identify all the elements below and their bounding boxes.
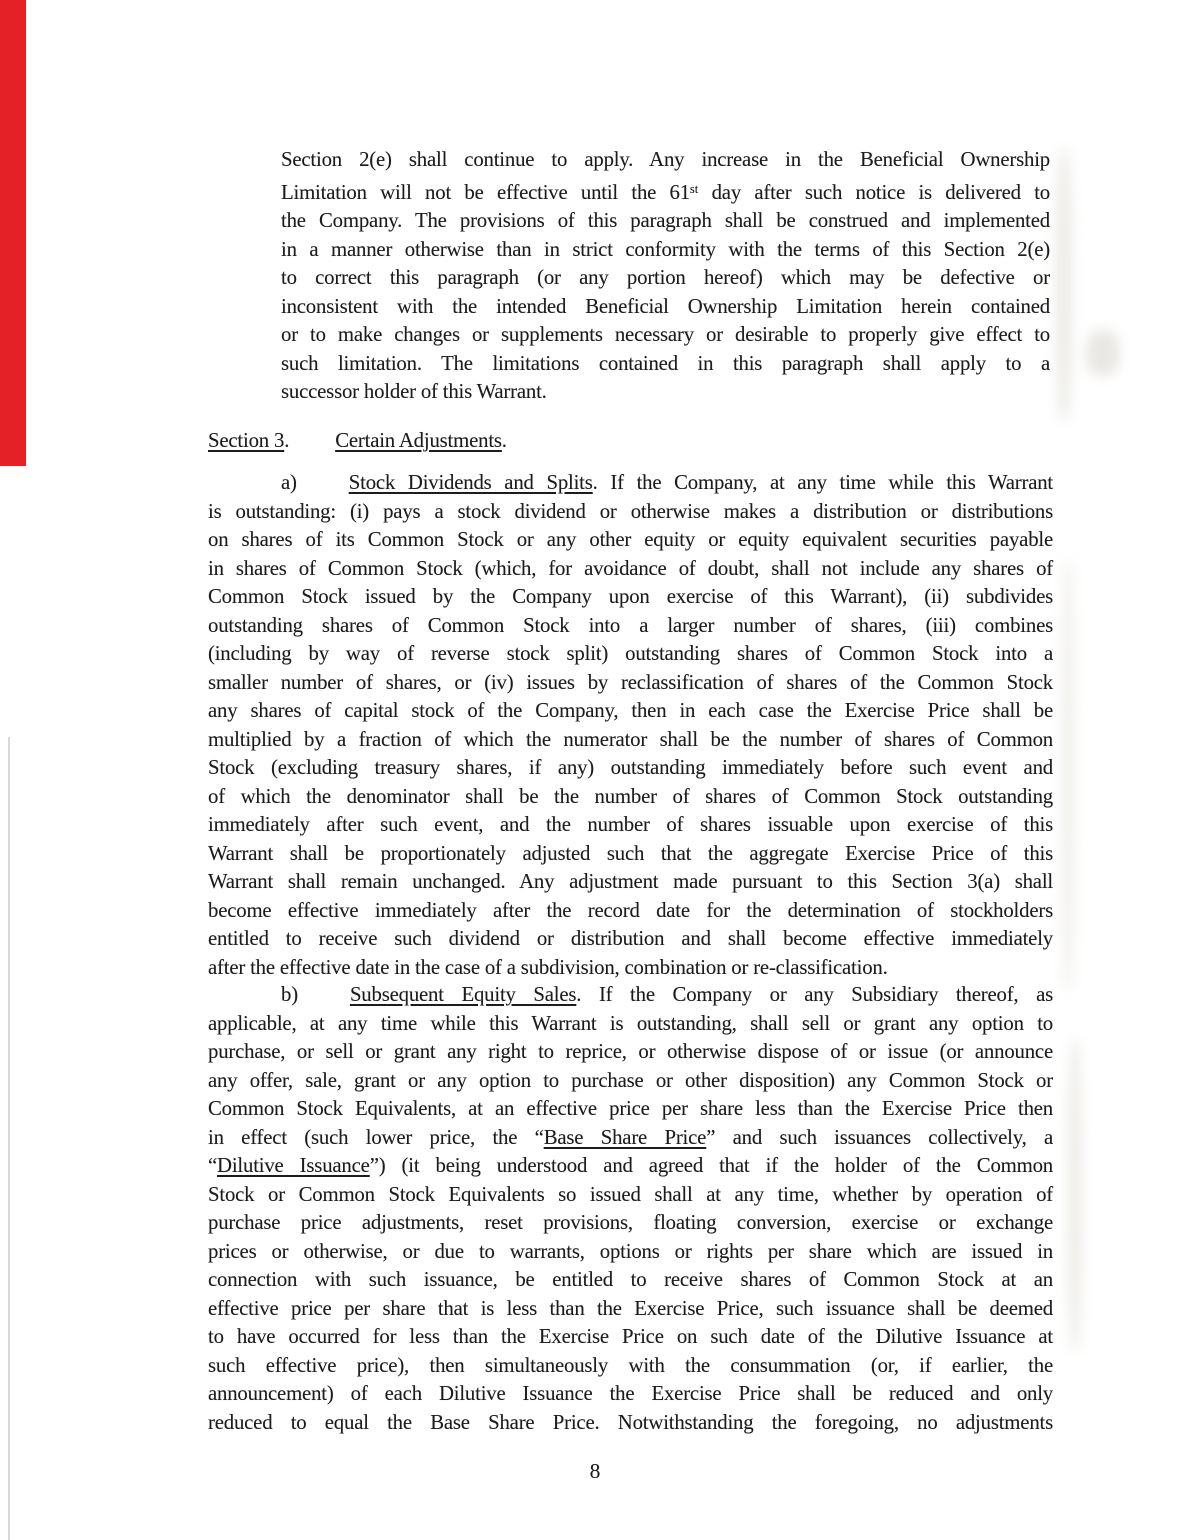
text-run: inconsistent with the intended Beneficia… xyxy=(281,295,1050,318)
document-page: Section 2(e) shall continue to apply. An… xyxy=(0,0,1190,1540)
text-line: entitled to receive such dividend or dis… xyxy=(208,925,1053,954)
text-line: connection with such issuance, be entitl… xyxy=(208,1266,1053,1295)
text-line: Stock (excluding treasury shares, if any… xyxy=(208,754,1053,783)
text-run: day after such notice is delivered to xyxy=(698,181,1050,204)
text-run: Warrant shall remain unchanged. Any adju… xyxy=(208,870,1053,893)
text-line: Warrant shall be proportionately adjuste… xyxy=(208,840,1053,869)
text-run: Limitation will not be effective until t… xyxy=(281,181,690,204)
text-line: outstanding shares of Common Stock into … xyxy=(208,612,1053,641)
text-line: in shares of Common Stock (which, for av… xyxy=(208,555,1053,584)
text-line: any offer, sale, grant or any option to … xyxy=(208,1067,1053,1096)
text-line: Common Stock issued by the Company upon … xyxy=(208,583,1053,612)
text-line: to have occurred for less than the Exerc… xyxy=(208,1323,1053,1352)
text-run: purchase price adjustments, reset provis… xyxy=(208,1211,1053,1234)
text-run: any shares of capital stock of the Compa… xyxy=(208,699,1053,722)
intro-paragraph: Section 2(e) shall continue to apply. An… xyxy=(281,146,1050,407)
scan-edge-line-artifact xyxy=(8,737,10,1540)
text-run: . xyxy=(284,429,289,452)
underlined-text: Certain Adjustments xyxy=(335,429,502,452)
text-line: Section 2(e) shall continue to apply. An… xyxy=(281,146,1050,175)
text-run: entitled to receive such dividend or dis… xyxy=(208,927,1053,950)
text-line: such effective price), then simultaneous… xyxy=(208,1352,1053,1381)
superscript-text: st xyxy=(690,182,698,196)
text-run: the Company. The provisions of this para… xyxy=(281,209,1050,232)
text-line: a)Stock Dividends and Splits. If the Com… xyxy=(208,469,1053,498)
text-line: reduced to equal the Base Share Price. N… xyxy=(208,1409,1053,1438)
text-run: outstanding shares of Common Stock into … xyxy=(208,614,1053,637)
text-line: Stock or Common Stock Equivalents so iss… xyxy=(208,1181,1053,1210)
text-run: . xyxy=(502,429,507,452)
text-run: ” and such issuances collectively, a xyxy=(706,1126,1053,1149)
underlined-text: Section 3 xyxy=(208,429,284,452)
text-run: . If the Company, at any time while this… xyxy=(593,471,1053,494)
red-margin-stripe-artifact xyxy=(0,0,26,466)
text-run: Warrant shall be proportionately adjuste… xyxy=(208,842,1053,865)
text-run: become effective immediately after the r… xyxy=(208,899,1053,922)
text-run: (including by way of reverse stock split… xyxy=(208,642,1053,665)
text-line: inconsistent with the intended Beneficia… xyxy=(281,293,1050,322)
text-run: prices or otherwise, or due to warrants,… xyxy=(208,1240,1053,1263)
scan-smudge-artifact xyxy=(1056,150,1072,420)
text-run: reduced to equal the Base Share Price. N… xyxy=(208,1411,1053,1434)
text-run: of which the denominator shall be the nu… xyxy=(208,785,1053,808)
text-run: in a manner otherwise than in strict con… xyxy=(281,238,1050,261)
text-line: of which the denominator shall be the nu… xyxy=(208,783,1053,812)
text-line: on shares of its Common Stock or any oth… xyxy=(208,526,1053,555)
text-run: a) xyxy=(281,471,297,494)
text-line: in effect (such lower price, the “Base S… xyxy=(208,1124,1053,1153)
text-line: announcement) of each Dilutive Issuance … xyxy=(208,1380,1053,1409)
text-run: in shares of Common Stock (which, for av… xyxy=(208,557,1053,580)
text-run: is outstanding: (i) pays a stock dividen… xyxy=(208,500,1053,523)
underlined-text: Dilutive Issuance xyxy=(217,1154,370,1177)
underlined-text: Base Share Price xyxy=(544,1126,707,1149)
text-line: (including by way of reverse stock split… xyxy=(208,640,1053,669)
scan-smudge-artifact xyxy=(1068,1040,1082,1350)
text-run: or to make changes or supplements necess… xyxy=(281,323,1050,346)
text-line: “Dilutive Issuance”) (it being understoo… xyxy=(208,1152,1053,1181)
text-line: prices or otherwise, or due to warrants,… xyxy=(208,1238,1053,1267)
text-run: in effect (such lower price, the “ xyxy=(208,1126,544,1149)
text-line: become effective immediately after the r… xyxy=(208,897,1053,926)
text-run: . If the Company or any Subsidiary there… xyxy=(576,983,1053,1006)
text-line: effective price per share that is less t… xyxy=(208,1295,1053,1324)
text-run: successor holder of this Warrant. xyxy=(281,380,547,403)
text-line: any shares of capital stock of the Compa… xyxy=(208,697,1053,726)
text-run: announcement) of each Dilutive Issuance … xyxy=(208,1382,1053,1405)
scan-smudge-artifact xyxy=(1062,560,1074,990)
text-run: Common Stock issued by the Company upon … xyxy=(208,585,1053,608)
text-line: after the effective date in the case of … xyxy=(208,954,1053,983)
text-line: Common Stock Equivalents, at an effectiv… xyxy=(208,1095,1053,1124)
paragraph-b-subsequent-equity-sales: b)Subsequent Equity Sales. If the Compan… xyxy=(208,981,1053,1437)
text-run: on shares of its Common Stock or any oth… xyxy=(208,528,1053,551)
text-run: applicable, at any time while this Warra… xyxy=(208,1012,1053,1035)
text-line: the Company. The provisions of this para… xyxy=(281,207,1050,236)
text-line: Limitation will not be effective until t… xyxy=(281,175,1050,208)
text-run: Section 2(e) shall continue to apply. An… xyxy=(281,148,1050,171)
text-line: or to make changes or supplements necess… xyxy=(281,321,1050,350)
text-run: immediately after such event, and the nu… xyxy=(208,813,1053,836)
page-number: 8 xyxy=(0,1459,1190,1484)
text-line: in a manner otherwise than in strict con… xyxy=(281,236,1050,265)
text-run: such limitation. The limitations contain… xyxy=(281,352,1050,375)
text-line: to correct this paragraph (or any portio… xyxy=(281,264,1050,293)
text-run: to have occurred for less than the Exerc… xyxy=(208,1325,1053,1348)
text-run: b) xyxy=(281,983,298,1006)
text-line: purchase, or sell or grant any right to … xyxy=(208,1038,1053,1067)
paragraph-a-stock-dividends-and-splits: a)Stock Dividends and Splits. If the Com… xyxy=(208,469,1053,982)
text-run: Stock or Common Stock Equivalents so iss… xyxy=(208,1183,1053,1206)
scan-smudge-artifact xyxy=(1086,330,1120,376)
text-line: such limitation. The limitations contain… xyxy=(281,350,1050,379)
section3-heading: Section 3.Certain Adjustments. xyxy=(208,427,1053,456)
text-run: purchase, or sell or grant any right to … xyxy=(208,1040,1053,1063)
text-line: immediately after such event, and the nu… xyxy=(208,811,1053,840)
text-line: successor holder of this Warrant. xyxy=(281,378,1050,407)
text-run: Common Stock Equivalents, at an effectiv… xyxy=(208,1097,1053,1120)
text-run: Stock (excluding treasury shares, if any… xyxy=(208,756,1053,779)
text-run: “ xyxy=(208,1154,217,1177)
text-line: Warrant shall remain unchanged. Any adju… xyxy=(208,868,1053,897)
text-line: b)Subsequent Equity Sales. If the Compan… xyxy=(208,981,1053,1010)
text-line: multiplied by a fraction of which the nu… xyxy=(208,726,1053,755)
text-run: effective price per share that is less t… xyxy=(208,1297,1053,1320)
text-line: is outstanding: (i) pays a stock dividen… xyxy=(208,498,1053,527)
underlined-text: Subsequent Equity Sales xyxy=(350,983,576,1006)
text-line: purchase price adjustments, reset provis… xyxy=(208,1209,1053,1238)
text-line: smaller number of shares, or (iv) issues… xyxy=(208,669,1053,698)
text-run: smaller number of shares, or (iv) issues… xyxy=(208,671,1053,694)
text-run: multiplied by a fraction of which the nu… xyxy=(208,728,1053,751)
text-run: after the effective date in the case of … xyxy=(208,956,888,979)
underlined-text: Stock Dividends and Splits xyxy=(349,471,593,494)
text-run: ”) (it being understood and agreed that … xyxy=(370,1154,1053,1177)
text-run: to correct this paragraph (or any portio… xyxy=(281,266,1050,289)
text-run: such effective price), then simultaneous… xyxy=(208,1354,1053,1377)
text-run: any offer, sale, grant or any option to … xyxy=(208,1069,1053,1092)
text-run: connection with such issuance, be entitl… xyxy=(208,1268,1053,1291)
text-line: applicable, at any time while this Warra… xyxy=(208,1010,1053,1039)
